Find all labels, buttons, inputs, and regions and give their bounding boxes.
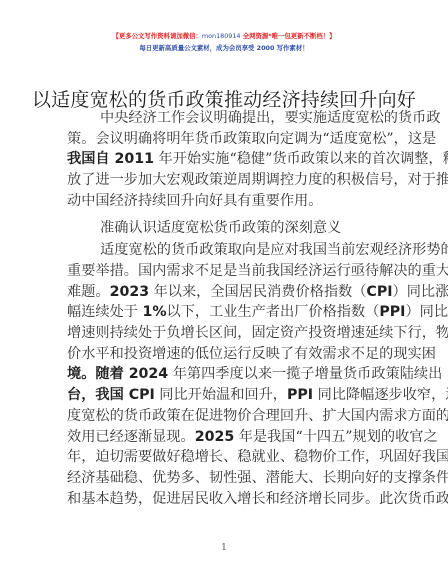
bold-text: 2023: [110, 284, 150, 300]
text-line: 难题。2023 年以来，全国居民消费价格指数（CPI）同比涨: [67, 282, 383, 303]
text-span: 效用已经逐渐显现。: [67, 429, 195, 445]
bold-text: 2025: [195, 429, 235, 445]
text-line: 效用已经逐渐显现。2025 年是我国“十四五”规划的收官之: [67, 427, 383, 448]
paragraph-1: 中央经济工作会议明确提出，要实施适度宽松的货币政 策。会议明确将明年货币政策取向…: [67, 108, 383, 212]
bold-text: 境。随着 2024: [67, 366, 168, 382]
text-line: 幅连续处于 1%以下，工业生产者出厂价格指数（PPI）同比: [67, 302, 383, 323]
text-line: 中央经济工作会议明确提出，要实施适度宽松的货币政: [67, 108, 383, 129]
text-span: 年开始实施“稳健”货币政策以来的首次调整，释: [154, 151, 448, 167]
document-body: 中央经济工作会议明确提出，要实施适度宽松的货币政 策。会议明确将明年货币政策取向…: [67, 108, 383, 509]
promo-header-line-1: 【更多公文写作资料请加微信：mon180914 全网资源*唯一包更新不断档！】: [0, 31, 448, 40]
text-span: 同比开始温和回升，: [155, 387, 287, 403]
bold-text: PPI: [287, 387, 313, 403]
text-span: ）同比: [405, 304, 448, 320]
bold-text: 1%: [142, 304, 166, 320]
text-line: 增速则持续处于负增长区间，固定资产投资增速延续下行，物: [67, 323, 383, 344]
text-line: 台，我国 CPI 同比开始温和回升，PPI 同比降幅逐步收窄，适: [67, 385, 383, 406]
text-span: 幅连续处于: [67, 304, 142, 320]
bold-text: 台，我国 CPI: [67, 387, 155, 403]
text-span: 年第四季度以来一揽子增量货币政策陆续出: [168, 366, 442, 382]
promo-text: 全网资源*唯一包更新不断档！】: [241, 32, 336, 40]
text-line: 策。会议明确将明年货币政策取向定调为“适度宽松”，这是: [67, 129, 383, 150]
text-span: 难题。: [67, 284, 110, 300]
text-line: 价水平和投资增速的低位运行反映了有效需求不足的现实困: [67, 344, 383, 365]
page-number: 1: [0, 543, 448, 553]
section-heading: 准确认识适度宽松货币政策的深刻意义: [67, 218, 383, 239]
text-span: 以下，工业生产者出厂价格指数（: [167, 304, 380, 320]
text-line: 经济基础稳、优势多、韧性强、潜能大、长期向好的支撑条件: [67, 468, 383, 489]
text-line: 重要举措。国内需求不足是当前我国经济运行亟待解决的重大: [67, 261, 383, 282]
text-line: 我国自 2011 年开始实施“稳健”货币政策以来的首次调整，释: [67, 149, 383, 170]
bold-text: 我国自 2011: [67, 151, 154, 167]
wechat-id: mon180914: [202, 32, 241, 40]
text-line: 度宽松的货币政策在促进物价合理回升、扩大国内需求方面的: [67, 406, 383, 427]
text-line: 动中国经济持续回升向好具有重要作用。: [67, 191, 383, 212]
text-span: 同比降幅逐步收窄，适: [313, 387, 448, 403]
promo-header-line-2: 每日更新高质量公文素材，成为会员享受 2000 写作素材！: [0, 43, 448, 52]
text-span: 年是我国“十四五”规划的收官之: [234, 429, 437, 445]
text-line: 适度宽松的货币政策取向是应对我国当前宏观经济形势的: [67, 240, 383, 261]
text-line: 放了进一步加大宏观政策逆周期调控力度的积极信号，对于推: [67, 170, 383, 191]
text-line: 境。随着 2024 年第四季度以来一揽子增量货币政策陆续出: [67, 364, 383, 385]
text-line: 和基本趋势，促进居民收入增长和经济增长同步。此次货币政: [67, 489, 383, 510]
text-span: 年以来，全国居民消费价格指数（: [149, 284, 366, 300]
paragraph-2: 适度宽松的货币政策取向是应对我国当前宏观经济形势的 重要举措。国内需求不足是当前…: [67, 240, 383, 509]
text-span: ）同比涨: [393, 284, 448, 300]
promo-text: 【更多公文写作资料请加微信：: [112, 32, 201, 40]
text-line: 年，迫切需要做好稳增长、稳就业、稳物价工作，巩固好我国: [67, 447, 383, 468]
bold-text: PPI: [379, 304, 405, 320]
bold-text: CPI: [366, 284, 392, 300]
